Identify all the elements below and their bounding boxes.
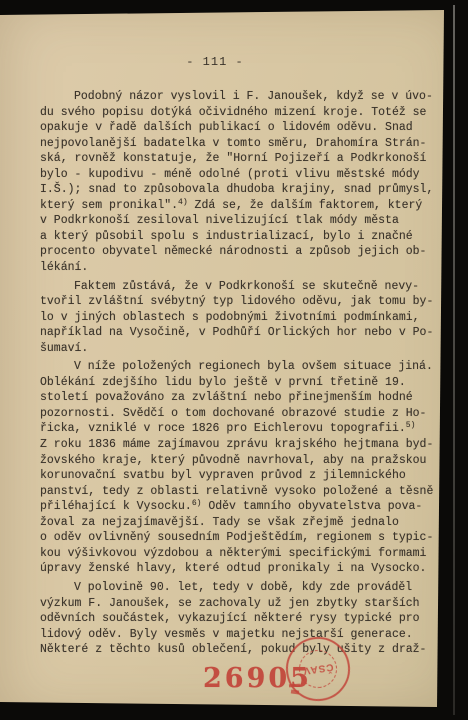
footnote-ref: 6) bbox=[192, 499, 202, 508]
text-line: a který působil spolu s industrializací,… bbox=[40, 229, 446, 245]
text-line: který sem pronikal".4) Zdá se, že dalším… bbox=[40, 198, 446, 214]
text-line: procento obyvatel německé národnosti a z… bbox=[40, 244, 446, 260]
text-line: Oblékání zdejšího lidu bylo ještě v prvn… bbox=[40, 375, 446, 391]
footnote-ref: 4) bbox=[178, 198, 188, 207]
text-line: lo v jiných oblastech s podobnými životn… bbox=[40, 310, 446, 326]
text-line: Podobný názor vyslovil i F. Janoušek, kd… bbox=[40, 89, 446, 105]
text-line: pozornosti. Svědčí o tom dochované obraz… bbox=[40, 406, 446, 422]
text-line: oděvních součástek, vykazující některé r… bbox=[40, 611, 446, 627]
text-line: panství, tedy z oblasti relativně vysoko… bbox=[40, 484, 446, 500]
text-line: ská, rovněž konstatuje, že "Horní Pojize… bbox=[40, 151, 446, 167]
footnote-ref: 5) bbox=[406, 421, 416, 430]
page-number: - 111 - bbox=[30, 55, 400, 69]
text-line: století považováno za zvláštní nebo přin… bbox=[40, 390, 446, 406]
text-line: žovského kraje, který původně navrhoval,… bbox=[40, 453, 446, 469]
text-line: šumaví. bbox=[40, 341, 446, 357]
scan-background: - 111 - Podobný názor vyslovil i F. Jano… bbox=[0, 0, 468, 720]
text-line: I.Š.); snad to způsobovala dhudoba kraji… bbox=[40, 182, 446, 198]
text-line: nejpovolanější badatelka v tomto směru, … bbox=[40, 136, 446, 152]
text-line: úpravy ženské hlavy, které odtud pronika… bbox=[40, 561, 446, 577]
page-edge-line bbox=[453, 5, 455, 715]
text-line: řicka, vzniklé v roce 1826 pro Eichlerov… bbox=[40, 421, 446, 437]
text-lines: Podobný názor vyslovil i F. Janoušek, kd… bbox=[40, 89, 446, 658]
text-line: v Podkrkonoší zesiloval nivelizující tla… bbox=[40, 213, 446, 229]
text-line: o oděv ovlivněný sousedním Podještědím, … bbox=[40, 530, 446, 546]
text-line: lékání. bbox=[40, 260, 446, 276]
text-line: V polovině 90. let, tedy v době, kdy zde… bbox=[40, 580, 446, 596]
text-line: bylo - kupodivu - méně odolné (proti vli… bbox=[40, 167, 446, 183]
document-page: - 111 - Podobný názor vyslovil i F. Jano… bbox=[0, 0, 468, 720]
text-line: žoval za nejzajímavější. Tady se však zř… bbox=[40, 515, 446, 531]
text-line: výzkum F. Janoušek, se zachovaly už jen … bbox=[40, 596, 446, 612]
text-line: lidový oděv. Byly vesměs v majetku nejst… bbox=[40, 627, 446, 643]
text-line: Z roku 1836 máme zajímavou zprávu krajsk… bbox=[40, 437, 446, 453]
library-round-stamp: ČSAV bbox=[282, 633, 354, 705]
text-line: opakuje v řadě dalších publikací o lidov… bbox=[40, 120, 446, 136]
text-line: kou výšivkovou výzdobou a některými spec… bbox=[40, 546, 446, 562]
text-line: přiléhající k Vysocku.6) Oděv tamního ob… bbox=[40, 499, 446, 515]
text-line: Faktem zůstává, že v Podkrkonoší se skut… bbox=[40, 279, 446, 295]
text-line: korunovační svatbu byl vypraven průvod z… bbox=[40, 468, 446, 484]
text-line: Některé z těchto kusů oblečení, pokud by… bbox=[40, 642, 446, 658]
text-line: du svého popisu dotýká očividného mizení… bbox=[40, 105, 446, 121]
text-line: V níže položených regionech byla ovšem s… bbox=[40, 359, 446, 375]
text-line: tvořil zvláštní svébytný typ lidového od… bbox=[40, 294, 446, 310]
stamp-center-text: ČSAV bbox=[282, 633, 354, 705]
text-line: například na Vysočině, v Podhůří Orlický… bbox=[40, 325, 446, 341]
